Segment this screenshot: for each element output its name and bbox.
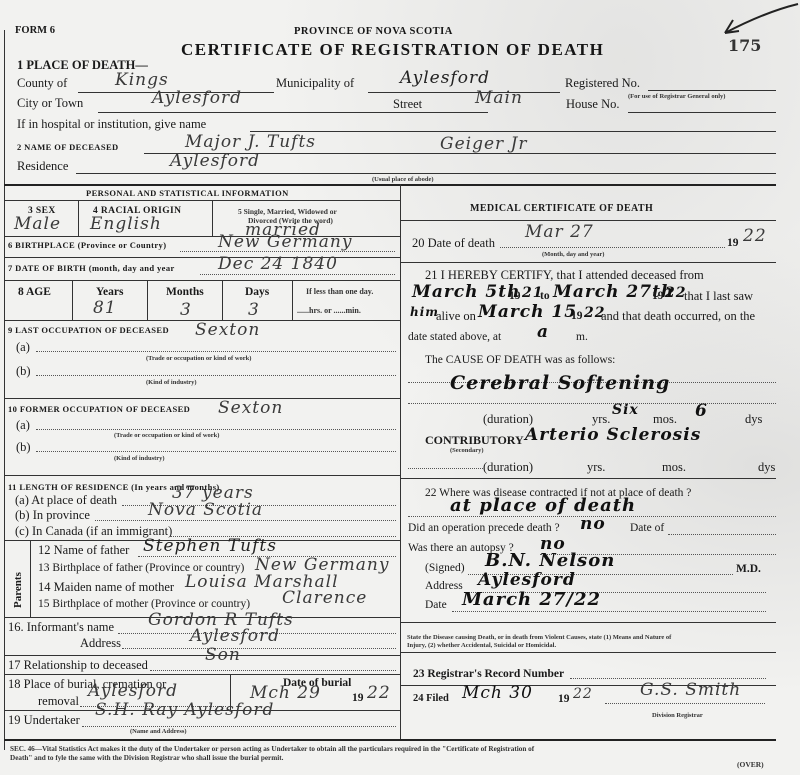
- personal-section-title: PERSONAL AND STATISTICAL INFORMATION: [86, 188, 289, 198]
- burial-place-value: Aylesford: [88, 681, 178, 701]
- column-divider: [400, 184, 401, 739]
- last-saw-label: that I last saw: [684, 289, 753, 304]
- time-value: a: [537, 322, 549, 342]
- contributory-yrs-label: yrs.: [587, 460, 605, 475]
- filed-year-prefix: 19: [558, 693, 570, 705]
- filed-label: 24 Filed: [413, 693, 449, 704]
- sex-value: Male: [14, 214, 61, 234]
- at-place-label: (a) At place of death: [15, 493, 117, 508]
- cause-value: Cerebral Softening: [450, 372, 670, 394]
- residence-value: Aylesford: [170, 151, 260, 171]
- alive-on-year-prefix: 19: [571, 310, 583, 322]
- last-occupation-label: 9 LAST OCCUPATION OF DECEASED: [8, 325, 169, 335]
- former-occupation-label: 10 FORMER OCCUPATION OF DECEASED: [8, 404, 190, 414]
- contributory-dys-label: dys: [758, 460, 775, 475]
- left-border: [4, 30, 5, 750]
- disease-note-1: State the Disease causing Death, or in d…: [407, 634, 671, 641]
- last-occ-a: (a): [16, 340, 30, 355]
- former-occ-b: (b): [16, 440, 31, 455]
- last-occ-industry-note: (Kind of industry): [146, 379, 197, 386]
- mother-birthplace-value: Clarence: [282, 588, 367, 608]
- county-value: Kings: [115, 70, 169, 90]
- city-value: Aylesford: [152, 88, 242, 108]
- relationship-label: 17 Relationship to deceased: [8, 658, 148, 673]
- months-value: 3: [180, 300, 192, 320]
- certificate-title: CERTIFICATE OF REGISTRATION OF DEATH: [181, 40, 604, 60]
- m-label: m.: [576, 331, 588, 343]
- informant-address-value: Aylesford: [190, 626, 280, 646]
- registrar-record-label: 23 Registrar's Record Number: [413, 668, 564, 680]
- dys-label: dys: [745, 412, 762, 427]
- municipality-label: Municipality of: [276, 76, 354, 91]
- operation-date-label: Date of: [630, 522, 664, 534]
- racial-origin-value: English: [90, 214, 162, 234]
- months-label: Months: [166, 286, 204, 298]
- contracted-value: at place of death: [450, 495, 636, 516]
- last-occ-b: (b): [16, 364, 31, 379]
- father-name-label: 12 Name of father: [38, 543, 129, 558]
- birthplace-value: New Germany: [218, 232, 352, 252]
- undertaker-value: S.H. Ray Aylesford: [95, 700, 274, 720]
- date-stated-label: date stated above, at: [408, 331, 501, 343]
- in-province-label: (b) In province: [15, 508, 90, 523]
- mother-maiden-label: 14 Maiden name of mother: [38, 580, 174, 595]
- alive-on-label: alive on: [436, 309, 476, 324]
- alive-on-value: March 15: [478, 302, 577, 322]
- mother-birthplace-label: 15 Birthplace of mother (Province or cou…: [38, 598, 250, 610]
- certificate-date-label: Date: [425, 599, 447, 611]
- burial-year-prefix: 19: [352, 692, 364, 704]
- certify-text: 21 I HEREBY CERTIFY, that I attended dec…: [425, 268, 704, 283]
- parents-label: Parents: [12, 572, 24, 608]
- deceased-name-value: Major J. Tufts: [185, 132, 316, 152]
- arrow-mark-icon: [715, 0, 800, 40]
- relationship-value: Son: [205, 645, 241, 665]
- name-of-deceased-label: 2 NAME OF DECEASED: [17, 142, 119, 152]
- years-label: Years: [96, 286, 123, 298]
- days-label: Days: [245, 286, 269, 298]
- days-value: 3: [248, 300, 260, 320]
- death-year-value: 22: [743, 226, 767, 246]
- certificate-date-value: March 27/22: [462, 589, 601, 610]
- undertaker-note: (Name and Address): [130, 728, 187, 735]
- sec46-text-2: Death" and to fyle the same with the Div…: [10, 754, 283, 762]
- last-occupation-value: Sexton: [195, 320, 260, 340]
- over-label: (OVER): [737, 760, 764, 769]
- registrar-signature: G.S. Smith: [640, 680, 741, 700]
- death-date-value: Mar 27: [525, 222, 594, 242]
- undertaker-label: 19 Undertaker: [8, 713, 80, 728]
- doctor-address-value: Aylesford: [478, 570, 576, 590]
- attended-from-value: March 5th: [412, 282, 520, 302]
- house-no-label: House No.: [566, 97, 619, 112]
- burial-place-label-2: removal: [38, 694, 79, 709]
- residence-label: Residence: [17, 159, 68, 174]
- age-label: 8 AGE: [18, 286, 51, 298]
- residence-note: (Usual place of abode): [372, 176, 434, 183]
- registered-no-label: Registered No.: [565, 76, 640, 91]
- birthplace-label: 6 BIRTHPLACE (Province or Country): [8, 240, 166, 250]
- operation-value: no: [580, 514, 606, 534]
- former-occ-industry-note: (Kind of industry): [114, 455, 165, 462]
- filed-value: Mch 30: [462, 683, 533, 703]
- street-value: Main: [475, 88, 523, 108]
- hrs-min-label: ......hrs. or ......min.: [297, 306, 361, 315]
- province-heading: PROVINCE OF NOVA SCOTIA: [294, 26, 453, 37]
- contributory-value: Arterio Sclerosis: [525, 425, 701, 445]
- form-number: FORM 6: [15, 25, 55, 36]
- md-label: M.D.: [736, 563, 761, 575]
- duration-dys-value: 6: [695, 401, 708, 421]
- death-date-note: (Month, day and year): [542, 251, 604, 258]
- informant-address-label: Address: [80, 636, 121, 651]
- operation-label: Did an operation precede death ?: [408, 522, 560, 534]
- duration-mos-value: Six: [612, 402, 639, 418]
- contributory-label: CONTRIBUTORY: [425, 433, 524, 448]
- father-name-value: Stephen Tufts: [143, 536, 277, 556]
- doctor-address-label: Address: [425, 580, 463, 592]
- contributory-mos-label: mos.: [662, 460, 686, 475]
- registered-no-note: (For use of Registrar General only): [628, 93, 725, 100]
- in-province-value: Nova Scotia: [148, 500, 263, 520]
- burial-year-value: 22: [367, 683, 391, 703]
- sec46-text-1: SEC. 46—Vital Statistics Act makes it th…: [10, 745, 534, 753]
- city-label: City or Town: [17, 96, 83, 111]
- signed-label: (Signed): [425, 562, 465, 574]
- disease-note-2: Injury, (2) whether Accidental, Suicidal…: [407, 642, 556, 649]
- him-label: him: [410, 305, 439, 319]
- county-label: County of: [17, 76, 67, 91]
- hospital-label: If in hospital or institution, give name: [17, 117, 206, 132]
- dob-value: Dec 24 1840: [218, 254, 338, 274]
- years-value: 81: [93, 298, 117, 318]
- former-occupation-value: Sexton: [218, 398, 283, 418]
- secondary-note: (Secondary): [450, 447, 484, 454]
- marital-label-1: 5 Single, Married, Widowed or: [238, 207, 337, 216]
- dob-label: 7 DATE OF BIRTH (month, day and year: [8, 263, 175, 273]
- death-date-label: 20 Date of death: [412, 236, 495, 251]
- former-occ-a: (a): [16, 418, 30, 433]
- death-year-prefix: 19: [727, 237, 739, 249]
- street-label: Street: [393, 97, 422, 112]
- death-certificate: FORM 6 PROVINCE OF NOVA SCOTIA CERTIFICA…: [0, 0, 800, 775]
- informant-label: 16. Informant's name: [8, 620, 114, 635]
- less-than-day-label: If less than one day.: [306, 287, 373, 296]
- medical-section-title: MEDICAL CERTIFICATE OF DEATH: [470, 203, 653, 214]
- to-label: to: [540, 290, 550, 302]
- filed-year-value: 22: [573, 686, 593, 702]
- attended-from-year-prefix: 19: [509, 290, 521, 302]
- deceased-name-extra: Geiger Jr: [440, 134, 528, 154]
- attended-to-year-prefix: 19: [652, 290, 664, 302]
- contributory-duration-label: (duration): [483, 460, 533, 475]
- last-occ-trade-note: (Trade or occupation or kind of work): [146, 355, 251, 362]
- former-occ-trade-note: (Trade or occupation or kind of work): [114, 432, 219, 439]
- municipality-value: Aylesford: [400, 68, 490, 88]
- division-registrar-label: Division Registrar: [652, 712, 703, 719]
- cause-label: The CAUSE OF DEATH was as follows:: [425, 354, 615, 366]
- signature-value: B.N. Nelson: [485, 550, 615, 571]
- death-occurred-label: and that death occurred, on the: [601, 309, 755, 324]
